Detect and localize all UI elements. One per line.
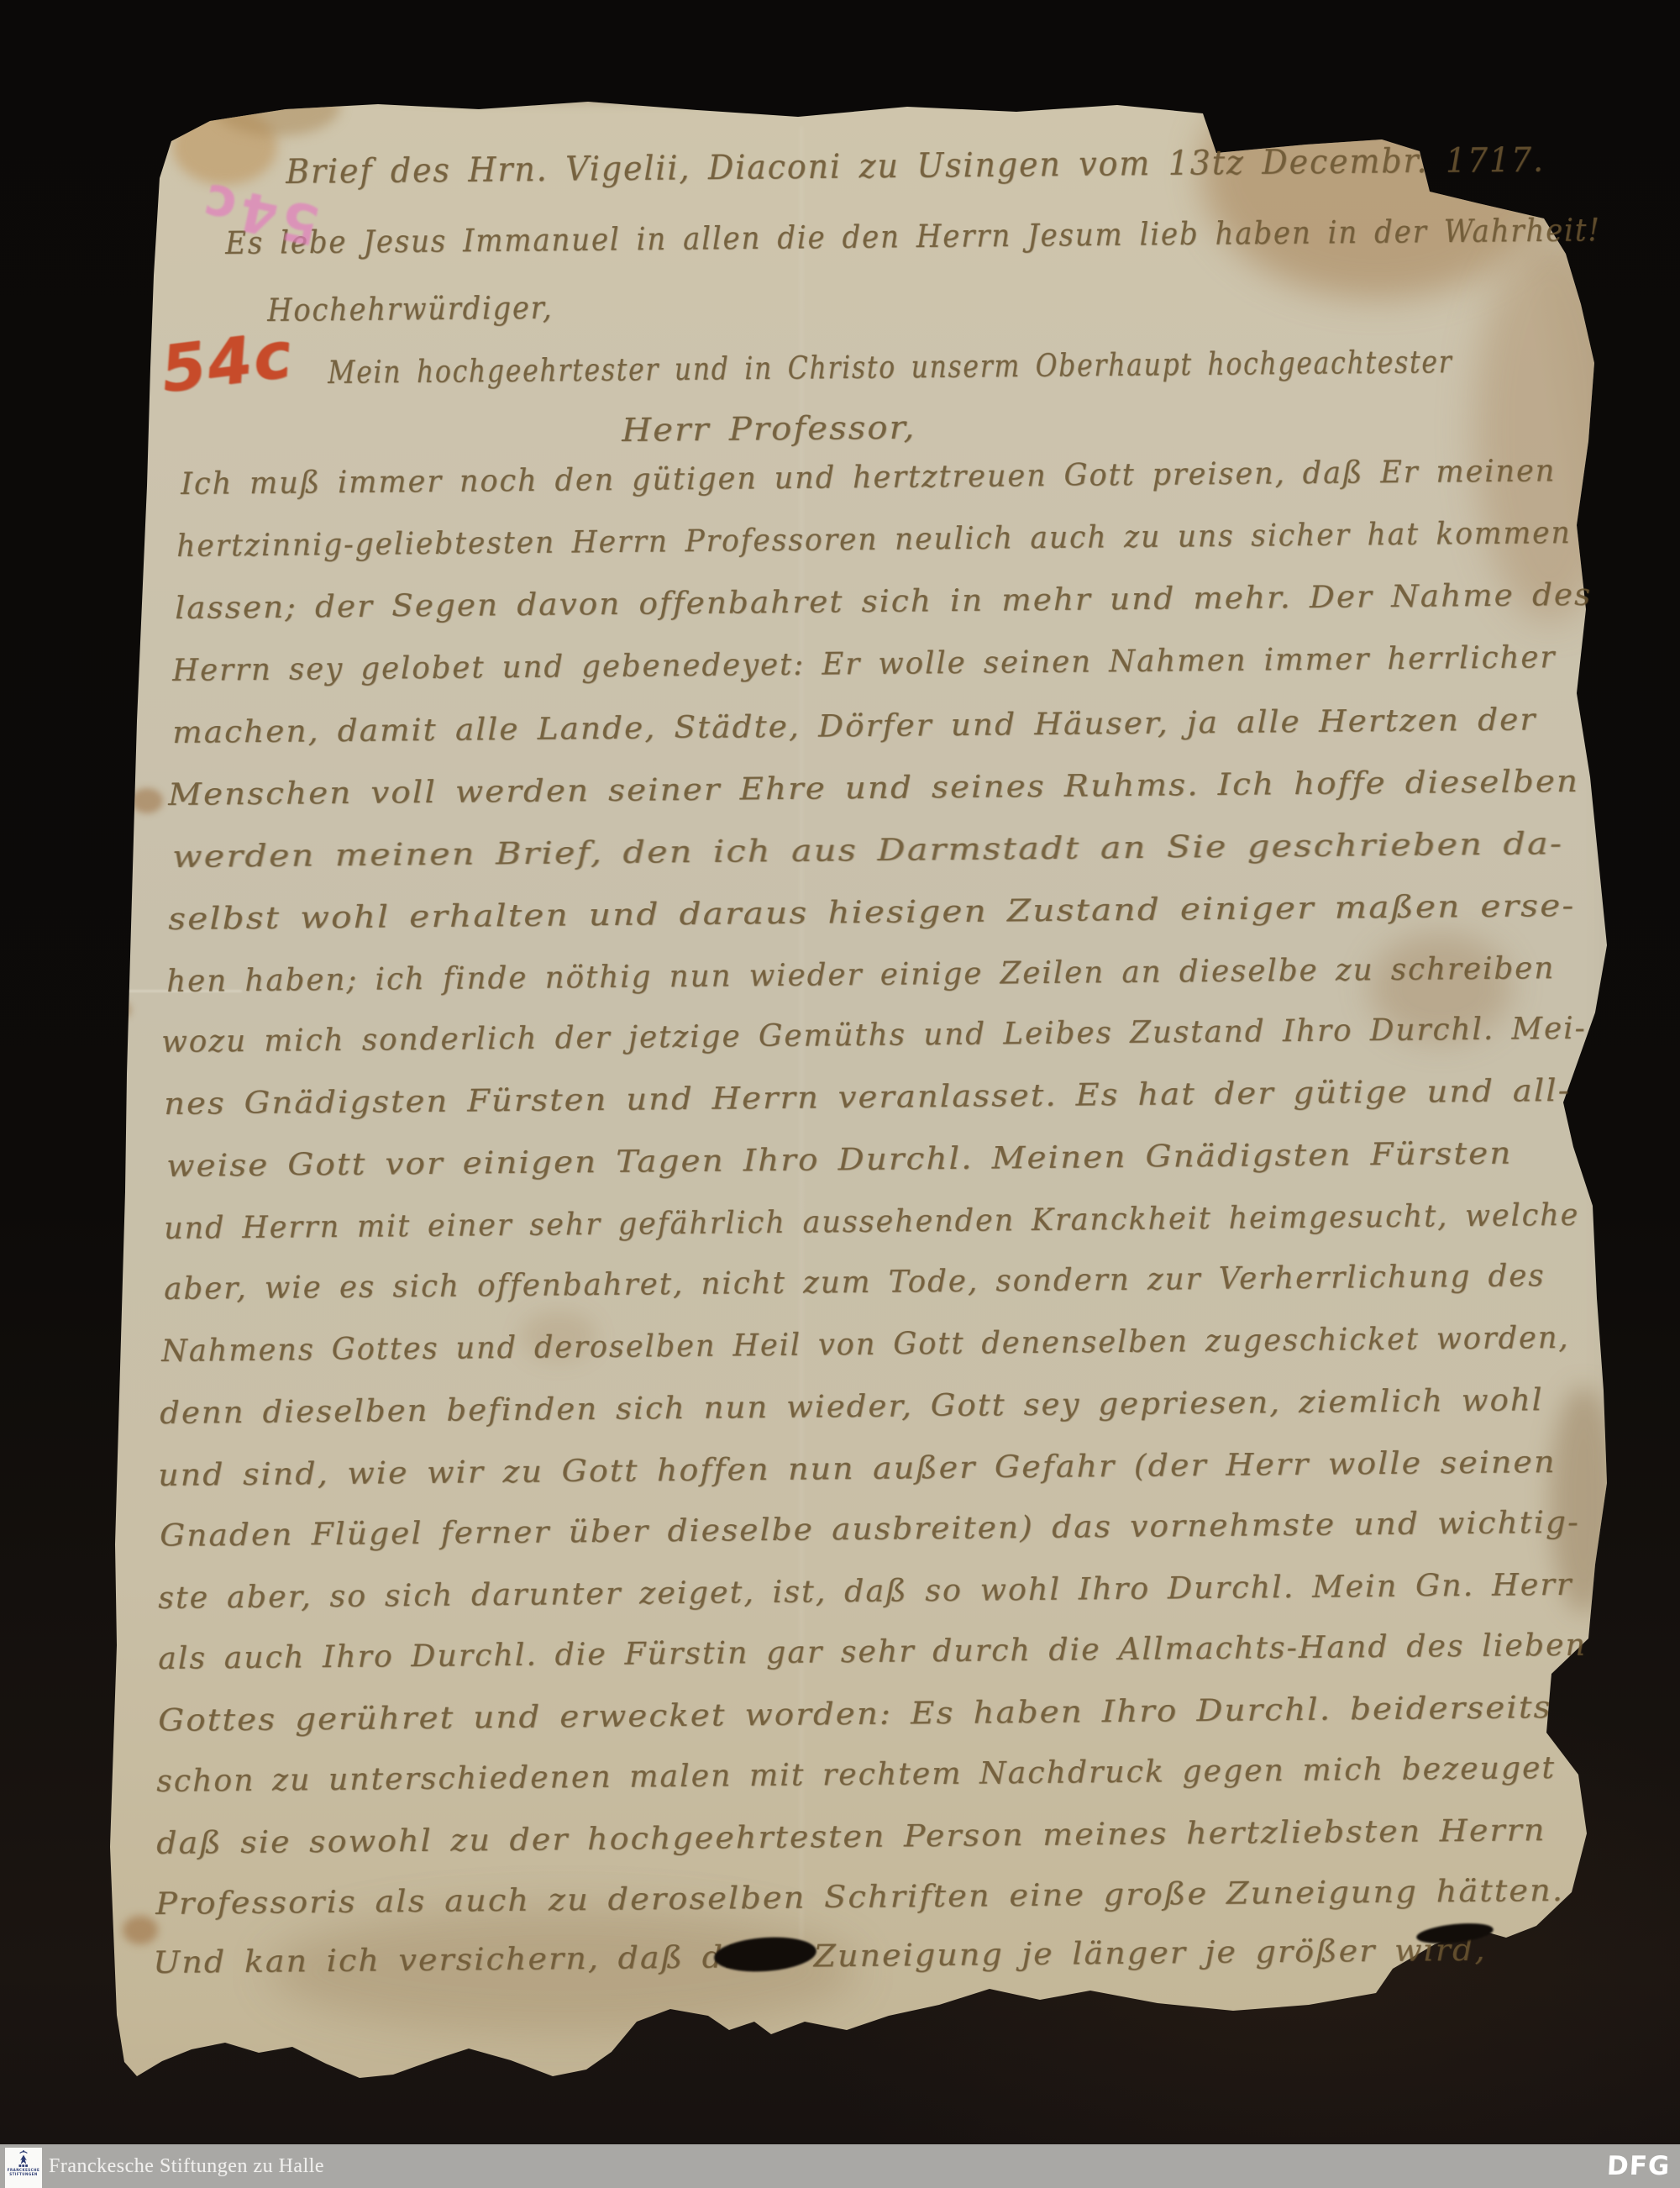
dfg-logo: DFG xyxy=(1605,2144,1671,2188)
fold-crease xyxy=(800,126,803,1958)
stain xyxy=(214,77,340,136)
fold-crease xyxy=(108,990,242,992)
franckesche-stiftungen-emblem-icon xyxy=(14,2149,33,2168)
stain xyxy=(1201,46,1554,298)
logo-text-line2: STIFTUNGEN xyxy=(8,2172,39,2176)
stain xyxy=(1369,933,1512,1042)
stain xyxy=(1474,235,1625,622)
franckesche-stiftungen-logo: FRANCKESCHE STIFTUNGEN xyxy=(5,2148,42,2188)
archival-mark-red: 54c xyxy=(157,317,297,407)
stain xyxy=(1550,1386,1617,1613)
institution-name: Franckesche Stiftungen zu Halle xyxy=(49,2144,324,2188)
stain xyxy=(131,788,163,813)
manuscript-scan: Brief des Hrn. Vigelii, Diaconi zu Using… xyxy=(0,0,1680,2188)
stain xyxy=(123,1916,158,1944)
stain xyxy=(106,1000,131,1020)
footer-bar: FRANCKESCHE STIFTUNGEN Franckesche Stift… xyxy=(0,2144,1680,2188)
stain xyxy=(302,72,840,103)
stain xyxy=(521,1311,596,1361)
